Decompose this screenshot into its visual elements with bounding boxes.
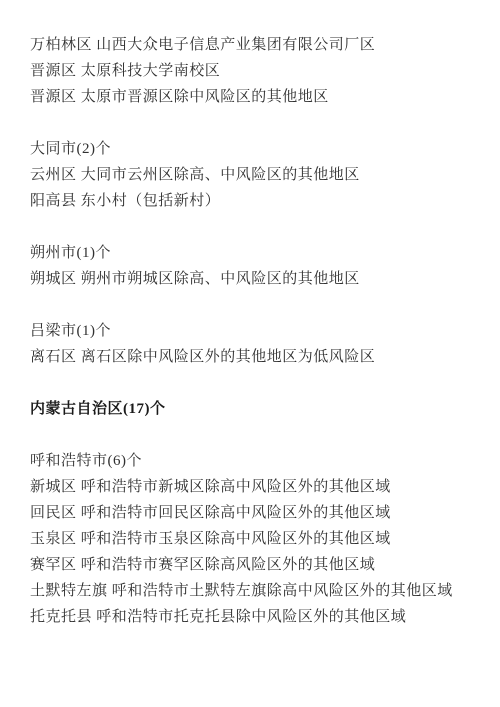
- section-inner-mongolia: 内蒙古自治区(17)个: [30, 396, 482, 422]
- city-heading: 吕梁市(1)个: [30, 318, 482, 344]
- risk-area-entry: 托克托县 呼和浩特市托克托县除中风险区外的其他区域: [30, 604, 482, 630]
- document-page: 万柏林区 山西大众电子信息产业集团有限公司厂区 晋源区 太原科技大学南校区 晋源…: [0, 0, 500, 707]
- risk-area-entry: 玉泉区 呼和浩特市玉泉区除高中风险区外的其他区域: [30, 526, 482, 552]
- section-hohhot: 呼和浩特市(6)个 新城区 呼和浩特市新城区除高中风险区外的其他区域 回民区 呼…: [30, 448, 482, 630]
- risk-area-entry: 万柏林区 山西大众电子信息产业集团有限公司厂区: [30, 32, 482, 58]
- risk-area-entry: 晋源区 太原市晋源区除中风险区的其他地区: [30, 84, 482, 110]
- risk-area-entry: 赛罕区 呼和浩特市赛罕区除高风险区外的其他区域: [30, 552, 482, 578]
- risk-area-entry: 新城区 呼和浩特市新城区除高中风险区外的其他区域: [30, 474, 482, 500]
- section-shuozhou: 朔州市(1)个 朔城区 朔州市朔城区除高、中风险区的其他地区: [30, 240, 482, 292]
- province-heading: 内蒙古自治区(17)个: [30, 396, 482, 422]
- risk-area-entry: 晋源区 太原科技大学南校区: [30, 58, 482, 84]
- risk-area-entry: 离石区 离石区除中风险区外的其他地区为低风险区: [30, 344, 482, 370]
- risk-area-entry: 朔城区 朔州市朔城区除高、中风险区的其他地区: [30, 266, 482, 292]
- risk-area-entry: 回民区 呼和浩特市回民区除高中风险区外的其他区域: [30, 500, 482, 526]
- section-taiyuan-entries: 万柏林区 山西大众电子信息产业集团有限公司厂区 晋源区 太原科技大学南校区 晋源…: [30, 32, 482, 110]
- city-heading: 朔州市(1)个: [30, 240, 482, 266]
- risk-area-entry: 土默特左旗 呼和浩特市土默特左旗除高中风险区外的其他区域: [30, 578, 482, 604]
- section-lvliang: 吕梁市(1)个 离石区 离石区除中风险区外的其他地区为低风险区: [30, 318, 482, 370]
- risk-area-entry: 云州区 大同市云州区除高、中风险区的其他地区: [30, 162, 482, 188]
- risk-area-entry: 阳高县 东小村（包括新村）: [30, 188, 482, 214]
- city-heading: 呼和浩特市(6)个: [30, 448, 482, 474]
- section-datong: 大同市(2)个 云州区 大同市云州区除高、中风险区的其他地区 阳高县 东小村（包…: [30, 136, 482, 214]
- city-heading: 大同市(2)个: [30, 136, 482, 162]
